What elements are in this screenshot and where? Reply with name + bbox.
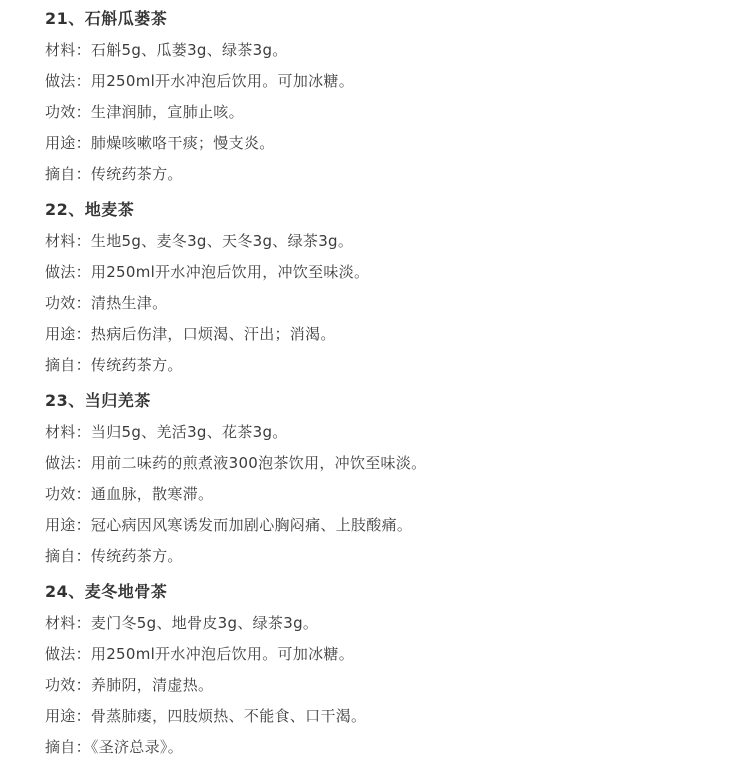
recipe-field-row: 用途：热病后伤津，口烦渴、汗出；消渴。 bbox=[45, 319, 711, 350]
recipe-field-row: 摘自：《圣济总录》。 bbox=[45, 732, 711, 762]
recipe-field-row: 功效：养肺阴，清虚热。 bbox=[45, 670, 711, 701]
recipe-field-row: 摘自：传统药茶方。 bbox=[45, 541, 711, 572]
field-value: 热病后伤津，口烦渴、汗出；消渴。 bbox=[91, 325, 336, 343]
field-label: 材料： bbox=[45, 423, 91, 441]
field-value: 用250ml开水冲泡后饮用。可加冰糖。 bbox=[91, 72, 354, 90]
field-value: 生地5g、麦冬3g、天冬3g、绿茶3g。 bbox=[91, 232, 353, 250]
recipe-field-row: 功效：清热生津。 bbox=[45, 288, 711, 319]
recipe-field-row: 用途：冠心病因风寒诱发而加剧心胸闷痛、上肢酸痛。 bbox=[45, 510, 711, 541]
recipe-field-row: 功效：通血脉，散寒滞。 bbox=[45, 479, 711, 510]
field-label: 做法： bbox=[45, 645, 91, 663]
recipe-field-row: 用途：骨蒸肺瘘，四肢烦热、不能食、口干渴。 bbox=[45, 701, 711, 732]
field-value: 清热生津。 bbox=[91, 294, 168, 312]
recipe-field-row: 材料：当归5g、羌活3g、花茶3g。 bbox=[45, 417, 711, 448]
field-value: 冠心病因风寒诱发而加剧心胸闷痛、上肢酸痛。 bbox=[91, 516, 412, 534]
field-label: 材料： bbox=[45, 232, 91, 250]
recipe-title: 24、麦冬地骨茶 bbox=[45, 575, 711, 608]
field-value: 生津润肺，宣肺止咳。 bbox=[91, 103, 244, 121]
field-label: 用途： bbox=[45, 325, 91, 343]
field-label: 摘自： bbox=[45, 547, 91, 565]
field-value: 用前二味药的煎煮液300泡茶饮用，冲饮至味淡。 bbox=[91, 454, 427, 472]
field-label: 做法： bbox=[45, 263, 91, 281]
field-label: 用途： bbox=[45, 516, 91, 534]
recipe-section: 22、地麦茶 材料：生地5g、麦冬3g、天冬3g、绿茶3g。 做法：用250ml… bbox=[45, 193, 711, 381]
field-value: 麦门冬5g、地骨皮3g、绿茶3g。 bbox=[91, 614, 318, 632]
recipe-section: 24、麦冬地骨茶 材料：麦门冬5g、地骨皮3g、绿茶3g。 做法：用250ml开… bbox=[45, 575, 711, 762]
field-label: 摘自： bbox=[45, 356, 91, 374]
field-value: 《圣济总录》。 bbox=[91, 738, 183, 756]
field-value: 养肺阴，清虚热。 bbox=[91, 676, 213, 694]
recipe-title: 21、石斛瓜蒌茶 bbox=[45, 2, 711, 35]
recipe-field-row: 做法：用250ml开水冲泡后饮用。可加冰糖。 bbox=[45, 66, 711, 97]
field-label: 做法： bbox=[45, 454, 91, 472]
field-label: 功效： bbox=[45, 676, 91, 694]
field-label: 摘自： bbox=[45, 738, 91, 756]
recipe-field-row: 做法：用250ml开水冲泡后饮用。可加冰糖。 bbox=[45, 639, 711, 670]
recipe-field-row: 用途：肺燥咳嗽咯干痰；慢支炎。 bbox=[45, 128, 711, 159]
document-body: 21、石斛瓜蒌茶 材料：石斛5g、瓜蒌3g、绿茶3g。 做法：用250ml开水冲… bbox=[0, 0, 751, 762]
recipe-title: 22、地麦茶 bbox=[45, 193, 711, 226]
field-label: 摘自： bbox=[45, 165, 91, 183]
field-label: 做法： bbox=[45, 72, 91, 90]
field-label: 功效： bbox=[45, 294, 91, 312]
field-value: 通血脉，散寒滞。 bbox=[91, 485, 213, 503]
recipe-field-row: 材料：石斛5g、瓜蒌3g、绿茶3g。 bbox=[45, 35, 711, 66]
recipe-field-row: 摘自：传统药茶方。 bbox=[45, 159, 711, 190]
field-label: 功效： bbox=[45, 103, 91, 121]
recipe-section: 23、当归羌茶 材料：当归5g、羌活3g、花茶3g。 做法：用前二味药的煎煮液3… bbox=[45, 384, 711, 572]
field-value: 石斛5g、瓜蒌3g、绿茶3g。 bbox=[91, 41, 288, 59]
recipe-field-row: 材料：麦门冬5g、地骨皮3g、绿茶3g。 bbox=[45, 608, 711, 639]
field-value: 传统药茶方。 bbox=[91, 547, 183, 565]
field-label: 材料： bbox=[45, 614, 91, 632]
field-label: 用途： bbox=[45, 134, 91, 152]
recipe-field-row: 功效：生津润肺，宣肺止咳。 bbox=[45, 97, 711, 128]
recipe-field-row: 摘自：传统药茶方。 bbox=[45, 350, 711, 381]
field-label: 材料： bbox=[45, 41, 91, 59]
field-value: 骨蒸肺瘘，四肢烦热、不能食、口干渴。 bbox=[91, 707, 366, 725]
recipe-field-row: 材料：生地5g、麦冬3g、天冬3g、绿茶3g。 bbox=[45, 226, 711, 257]
recipe-field-row: 做法：用前二味药的煎煮液300泡茶饮用，冲饮至味淡。 bbox=[45, 448, 711, 479]
field-value: 传统药茶方。 bbox=[91, 356, 183, 374]
recipe-title: 23、当归羌茶 bbox=[45, 384, 711, 417]
field-value: 用250ml开水冲泡后饮用，冲饮至味淡。 bbox=[91, 263, 369, 281]
field-value: 用250ml开水冲泡后饮用。可加冰糖。 bbox=[91, 645, 354, 663]
field-label: 功效： bbox=[45, 485, 91, 503]
field-value: 传统药茶方。 bbox=[91, 165, 183, 183]
field-value: 肺燥咳嗽咯干痰；慢支炎。 bbox=[91, 134, 275, 152]
field-label: 用途： bbox=[45, 707, 91, 725]
recipe-field-row: 做法：用250ml开水冲泡后饮用，冲饮至味淡。 bbox=[45, 257, 711, 288]
field-value: 当归5g、羌活3g、花茶3g。 bbox=[91, 423, 288, 441]
recipe-section: 21、石斛瓜蒌茶 材料：石斛5g、瓜蒌3g、绿茶3g。 做法：用250ml开水冲… bbox=[45, 2, 711, 190]
